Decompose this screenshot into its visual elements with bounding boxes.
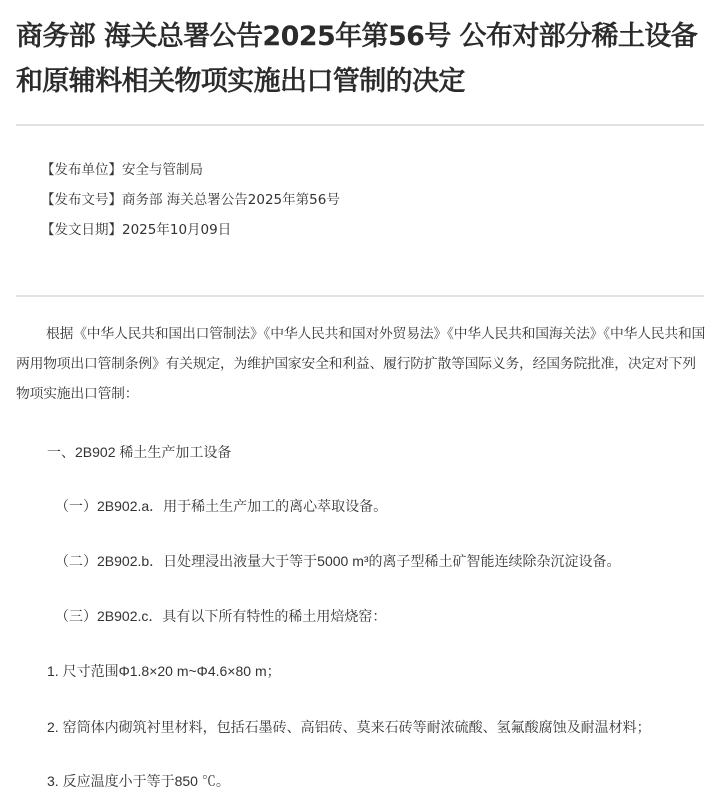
- meta-value: 2025年10月09日: [122, 222, 231, 238]
- meta-issuing-unit: 【发布单位】安全与管制局: [48, 155, 340, 185]
- page-title: 商务部 海关总署公告2025年第56号 公布对部分稀土设备和原辅料相关物项实施出…: [16, 0, 704, 104]
- section-heading: 一、2B902 稀土生产加工设备: [47, 442, 231, 462]
- meta-issue-date: 【发文日期】2025年10月09日: [48, 215, 340, 245]
- subitem-b: （二）2B902.b．日处理浸出液量大于等于5000 m³的离子型稀土矿智能连续…: [55, 551, 621, 571]
- meta-label: 【发布文号】: [41, 192, 122, 208]
- document-body: 根据《中华人民共和国出口管制法》《中华人民共和国对外贸易法》《中华人民共和国海关…: [16, 319, 706, 409]
- announcement-page: 商务部 海关总署公告2025年第56号 公布对部分稀土设备和原辅料相关物项实施出…: [16, 0, 704, 104]
- lead-paragraph: 根据《中华人民共和国出口管制法》《中华人民共和国对外贸易法》《中华人民共和国海关…: [16, 319, 706, 409]
- meta-label: 【发文日期】: [41, 222, 122, 238]
- characteristic-2: 2. 窑筒体内砌筑衬里材料，包括石墨砖、高铝砖、莫来石砖等耐浓硫酸、氢氟酸腐蚀及…: [47, 717, 651, 737]
- subitem-a: （一）2B902.a．用于稀土生产加工的离心萃取设备。: [55, 496, 387, 516]
- meta-document-number: 【发布文号】商务部 海关总署公告2025年第56号: [48, 185, 340, 215]
- meta-label: 【发布单位】: [41, 162, 122, 178]
- characteristic-3: 3. 反应温度小于等于850 ℃。: [47, 771, 230, 791]
- characteristic-1: 1. 尺寸范围Φ1.8×20 m~Φ4.6×80 m；: [47, 661, 281, 681]
- subitem-c: （三）2B902.c．具有以下所有特性的稀土用焙烧窑：: [55, 606, 386, 626]
- meta-value: 商务部 海关总署公告2025年第56号: [122, 192, 340, 208]
- meta-divider: [16, 295, 704, 297]
- document-metadata: 【发布单位】安全与管制局 【发布文号】商务部 海关总署公告2025年第56号 【…: [48, 155, 340, 245]
- title-divider: [16, 124, 704, 126]
- meta-value: 安全与管制局: [122, 162, 203, 178]
